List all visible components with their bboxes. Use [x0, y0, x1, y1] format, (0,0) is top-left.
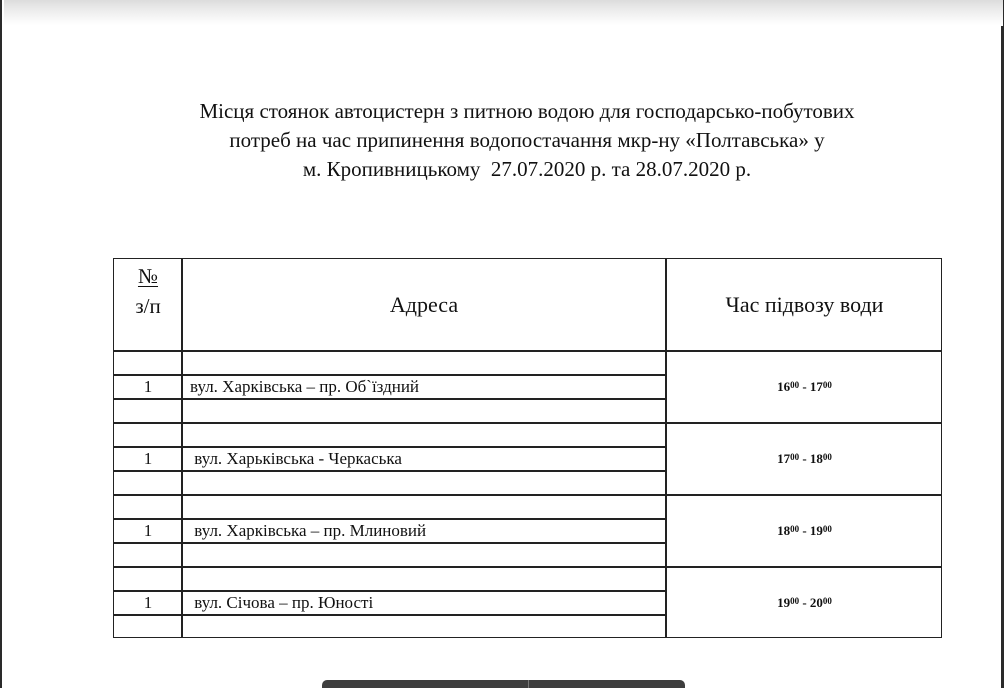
row-time: 1600 - 1700: [666, 351, 943, 423]
time-to-hour: 20: [810, 595, 823, 611]
row-address: вул. Харківська – пр. Млиновий: [190, 519, 426, 543]
row-address: вул. Харківська – пр. Об`їздний: [190, 375, 419, 399]
time-to-minutes: 00: [823, 597, 832, 606]
time-to-minutes: 00: [823, 453, 832, 462]
water-schedule-table: № з/п Адреса Час підвозу води 1вул. Харк…: [113, 258, 942, 638]
time-from-minutes: 00: [790, 525, 799, 534]
time-from-hour: 18: [777, 523, 790, 539]
document-page: Місця стоянок автоцистерн з питною водою…: [2, 0, 1001, 688]
title-line-2: потреб на час припинення водопостачання …: [2, 126, 1004, 155]
time-to-minutes: 00: [823, 381, 832, 390]
row-time: 1700 - 1800: [666, 423, 943, 495]
time-separator: -: [799, 379, 810, 395]
time-separator: -: [799, 595, 810, 611]
time-to-hour: 18: [810, 451, 823, 467]
time-from-hour: 17: [777, 451, 790, 467]
time-from-minutes: 00: [790, 453, 799, 462]
row-address: вул. Харьківська - Черкаська: [190, 447, 402, 471]
row-number: 1: [114, 375, 182, 399]
time-to-minutes: 00: [823, 525, 832, 534]
time-to-hour: 19: [810, 523, 823, 539]
time-separator: -: [799, 451, 810, 467]
row-number: 1: [114, 447, 182, 471]
toolbar-separator: [528, 680, 529, 688]
header-time: Час підвозу води: [666, 259, 943, 351]
time-from-minutes: 00: [790, 597, 799, 606]
header-number: № з/п: [114, 261, 182, 321]
time-from-hour: 16: [777, 379, 790, 395]
time-from-minutes: 00: [790, 381, 799, 390]
number-symbol: №: [114, 261, 182, 291]
document-title: Місця стоянок автоцистерн з питною водою…: [2, 97, 1004, 184]
row-number: 1: [114, 591, 182, 615]
title-line-1: Місця стоянок автоцистерн з питною водою…: [2, 97, 1004, 126]
number-label: з/п: [114, 291, 182, 321]
time-from-hour: 19: [777, 595, 790, 611]
header-address: Адреса: [182, 259, 666, 351]
time-separator: -: [799, 523, 810, 539]
time-to-hour: 17: [810, 379, 823, 395]
row-number: 1: [114, 519, 182, 543]
title-line-3: м. Кропивницькому 27.07.2020 р. та 28.07…: [2, 155, 1004, 184]
page-top-shadow: [4, 0, 1003, 26]
viewer-toolbar[interactable]: [322, 680, 685, 688]
row-time: 1800 - 1900: [666, 495, 943, 567]
row-address: вул. Січова – пр. Юності: [190, 591, 373, 615]
row-time: 1900 - 2000: [666, 567, 943, 639]
